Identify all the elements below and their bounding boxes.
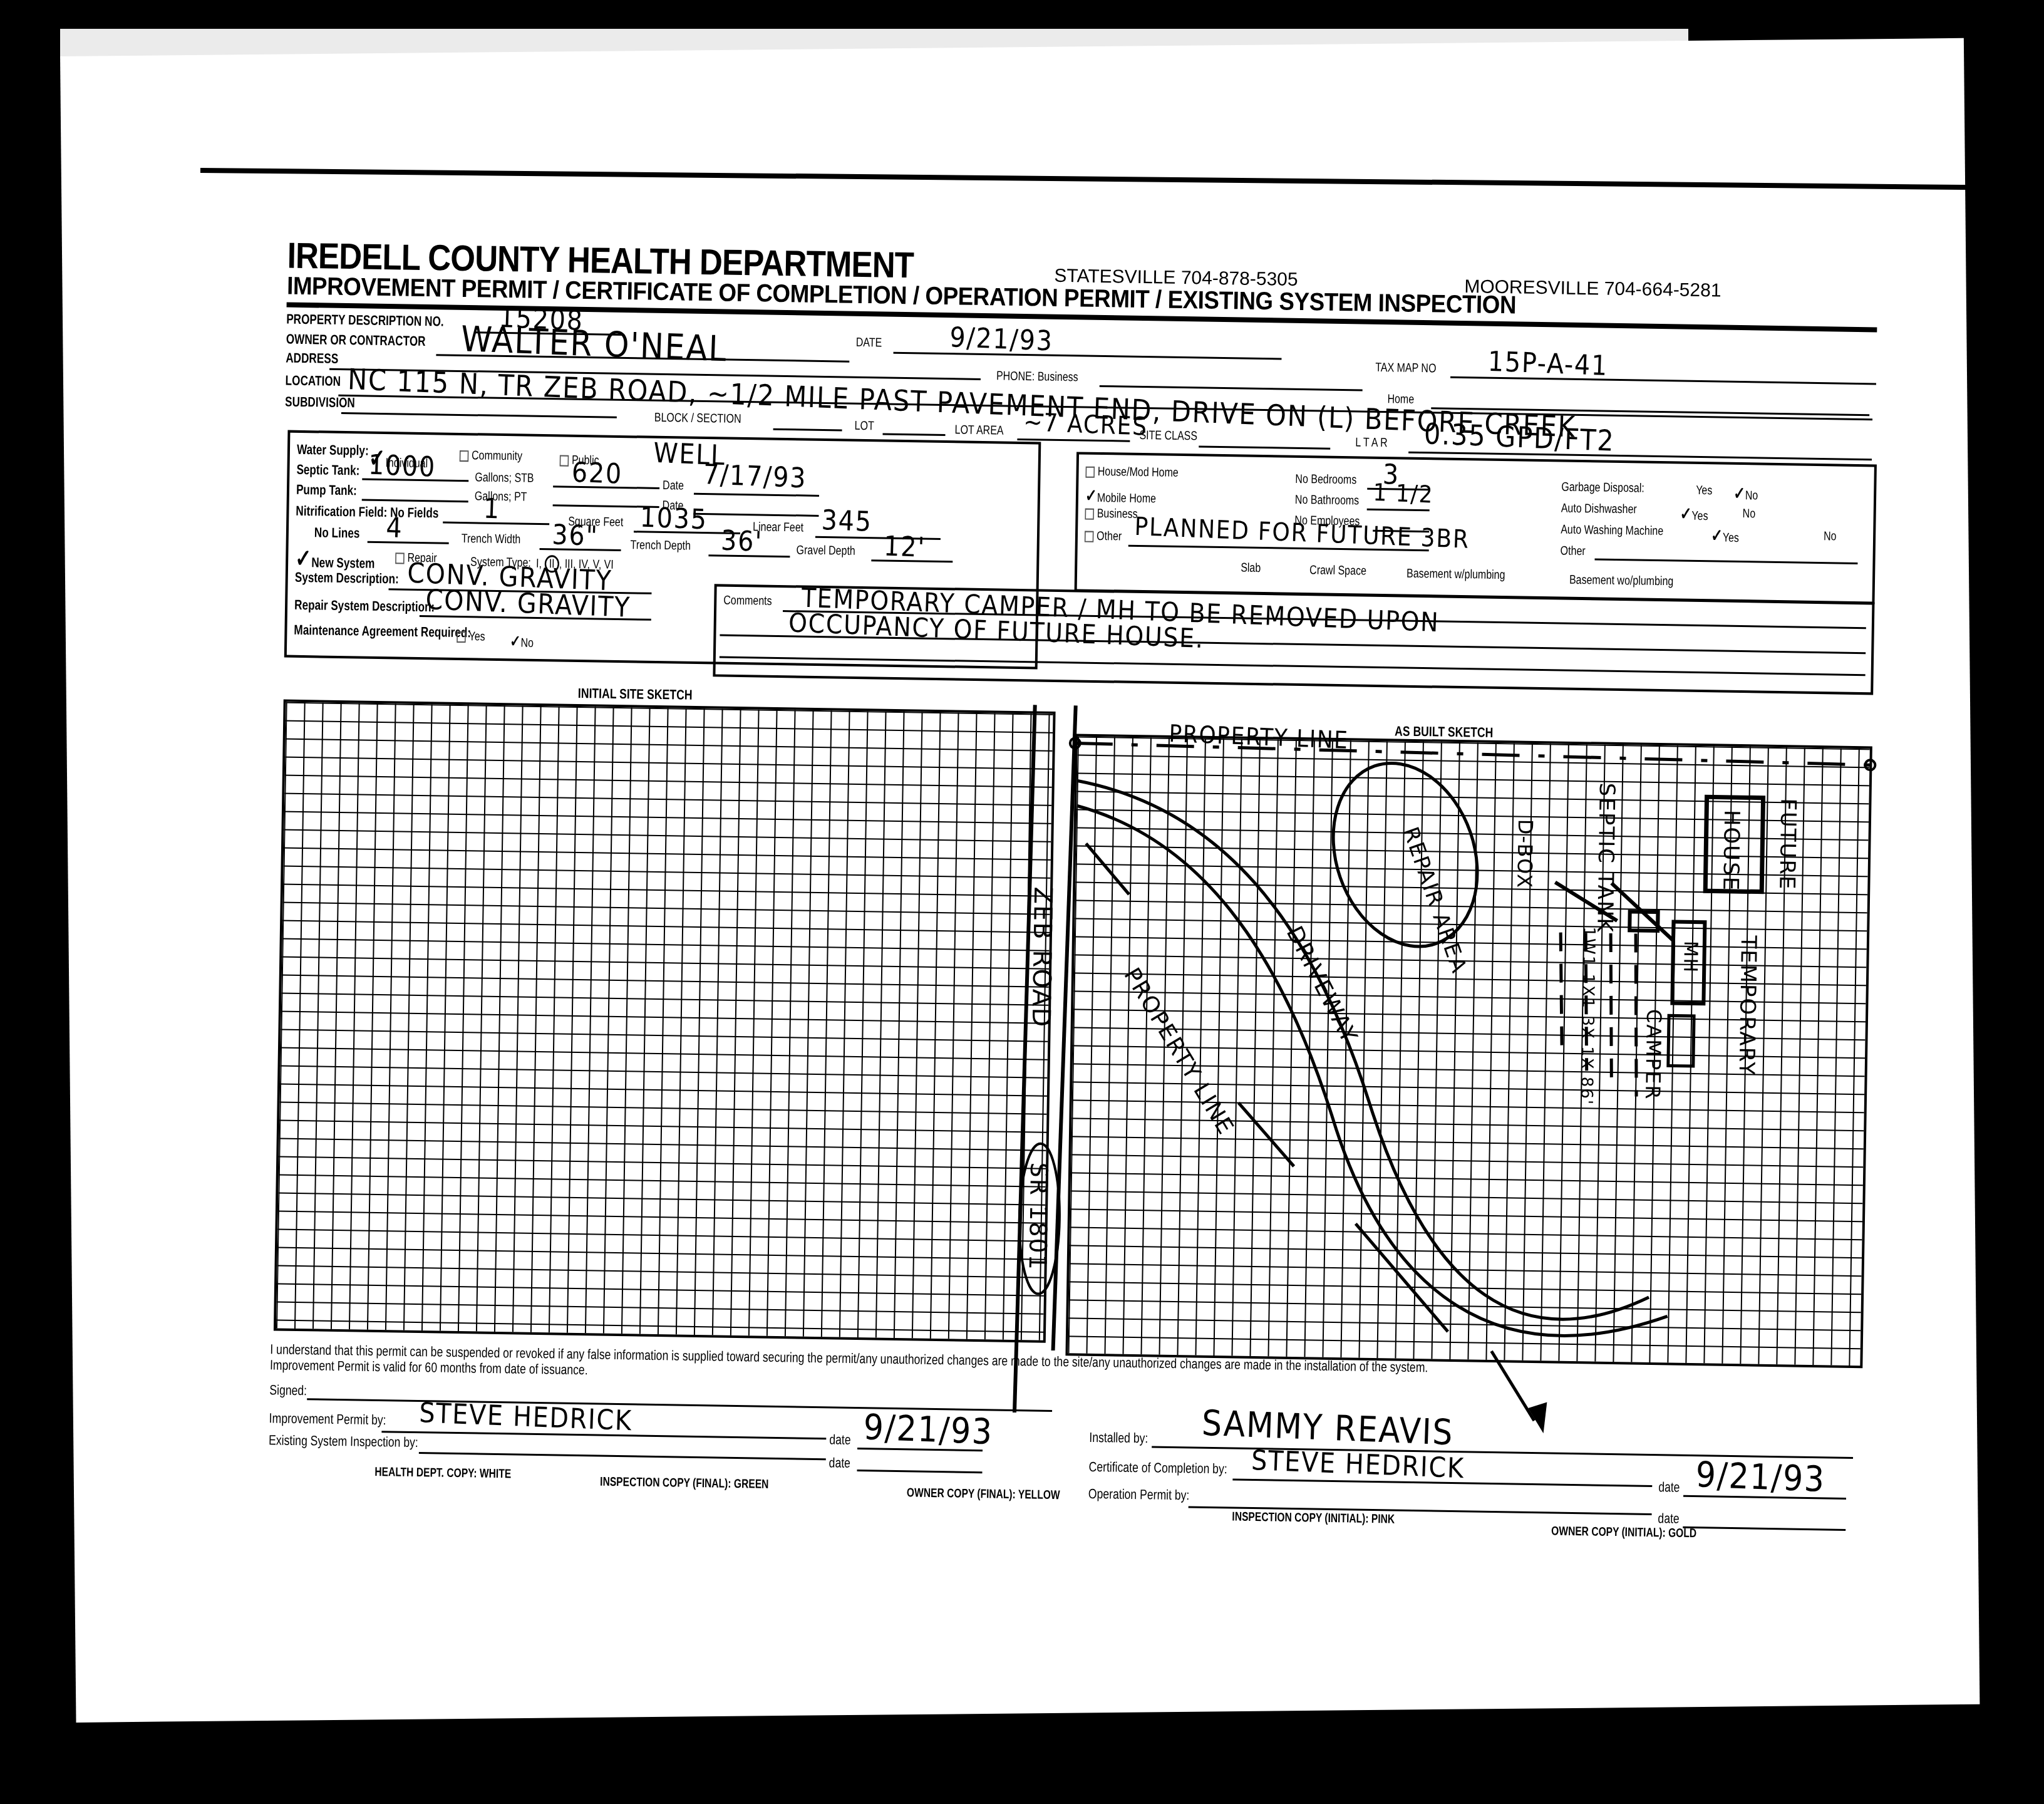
permit-form: IREDELL COUNTY HEALTH DEPARTMENT STATESV… <box>205 210 1891 1552</box>
signed-label: Signed: <box>269 1382 307 1399</box>
sketch-camper: CAMPER <box>1641 1009 1666 1101</box>
improvement-permit-label: Improvement Permit by: <box>269 1410 386 1428</box>
operation-date-label: date <box>1658 1510 1680 1527</box>
improvement-permit-date[interactable]: 9/21/93 <box>863 1407 994 1453</box>
sketch-road-label: ZEB ROAD <box>1026 886 1058 1028</box>
sketch-future: FUTURE <box>1774 798 1800 891</box>
installed-by-label: Installed by: <box>1089 1429 1148 1446</box>
sketch-line-lengths: 1W1 1X1 3X 1X 86' <box>1577 926 1598 1106</box>
copy-inspection-final: INSPECTION COPY (FINAL): GREEN <box>600 1475 769 1492</box>
existing-inspection-label: Existing System Inspection by: <box>269 1432 418 1451</box>
sketch-temporary: TEMPORARY <box>1734 935 1762 1076</box>
improvement-date-label: date <box>829 1431 851 1448</box>
copy-owner-initial: OWNER COPY (INITIAL): GOLD <box>1551 1525 1696 1542</box>
sketch-dbox: D-BOX <box>1512 819 1537 889</box>
existing-date-label: date <box>828 1454 850 1471</box>
certificate-label: Certificate of Completion by: <box>1088 1459 1227 1477</box>
operation-permit-label: Operation Permit by: <box>1088 1486 1190 1504</box>
certificate-date-label: date <box>1658 1479 1680 1496</box>
sketch-road-number: SR 1801 <box>1024 1162 1053 1271</box>
sketch-house: HOUSE <box>1718 810 1744 892</box>
sketch-mh: MH <box>1679 941 1701 974</box>
copy-health-dept: HEALTH DEPT. COPY: WHITE <box>374 1465 511 1481</box>
copy-inspection-initial: INSPECTION COPY (INITIAL): PINK <box>1232 1510 1395 1527</box>
sketch-septic-tank: SEPTIC TANK <box>1592 782 1619 933</box>
copy-owner-final: OWNER COPY (FINAL): YELLOW <box>907 1486 1060 1503</box>
certificate-date[interactable]: 9/21/93 <box>1695 1454 1826 1500</box>
